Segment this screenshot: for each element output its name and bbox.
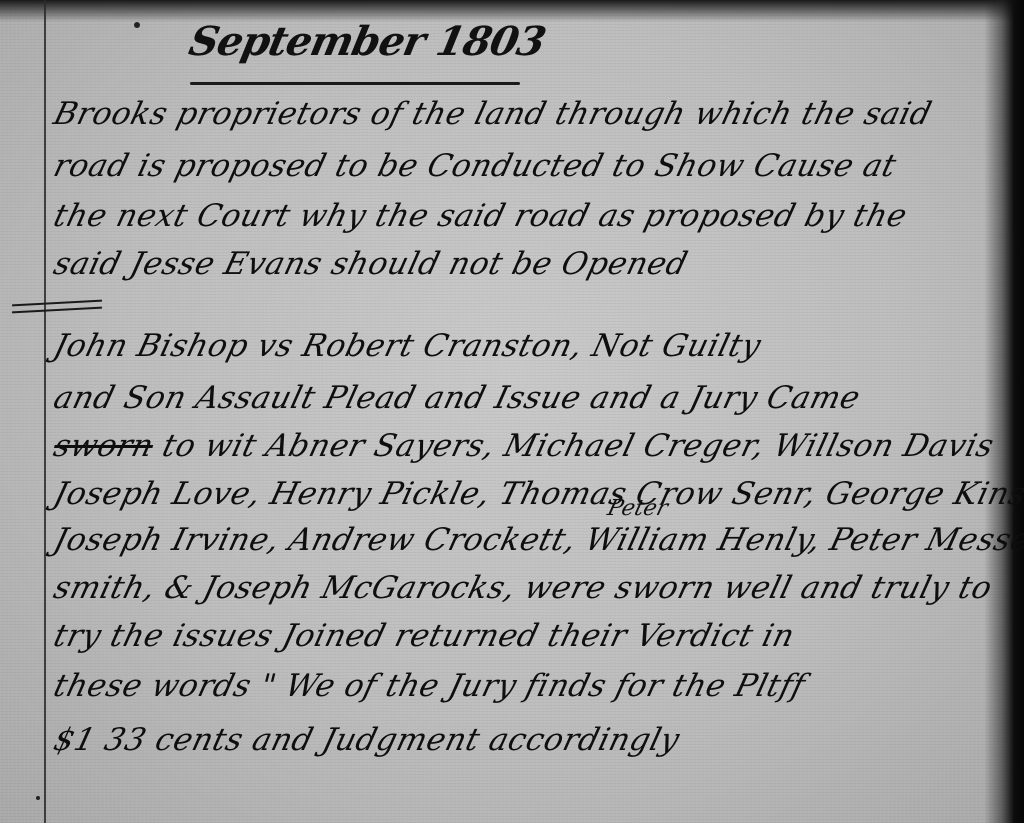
- page-binding-shadow: [984, 0, 1024, 823]
- entry-case-line-2: and Son Assault Plead and Issue and a Ju…: [50, 380, 864, 416]
- entry-case-line-1: John Bishop vs Robert Cranston, Not Guil…: [50, 328, 765, 364]
- document-page: September 1803 Brooks proprietors of the…: [0, 0, 1024, 823]
- entry-road-line-4: said Jesse Evans should not be Opened: [50, 246, 691, 282]
- ink-speck: [36, 796, 40, 800]
- entry-road-line-1: Brooks proprietors of the land through w…: [50, 96, 935, 132]
- entry-case-line-7: try the issues Joined returned their Ver…: [50, 618, 798, 654]
- ink-speck: [134, 22, 140, 28]
- struck-word: sworn: [50, 428, 157, 464]
- interlinear-insertion: Peter: [605, 496, 670, 521]
- entry-road-line-3: the next Court why the said road as prop…: [50, 198, 911, 234]
- entry-case-line-3: sworn to wit Abner Sayers, Michael Crege…: [50, 428, 998, 464]
- page-heading-date: September 1803: [185, 18, 549, 65]
- entry-case-line-8: these words " We of the Jury finds for t…: [50, 668, 809, 704]
- entry-case-line-6: smith, & Joseph McGarocks, were sworn we…: [50, 570, 996, 606]
- entry-road-line-2: road is proposed to be Conducted to Show…: [50, 148, 900, 184]
- heading-underline: [190, 82, 520, 85]
- entry-case-line-9: $1 33 cents and Judgment accordingly: [50, 722, 683, 758]
- entry-case-line-3-text: to wit Abner Sayers, Michael Creger, Wil…: [159, 428, 998, 464]
- left-margin-rule: [44, 0, 46, 823]
- entry-case-line-4: Joseph Love, Henry Pickle, Thomas Crow S…: [50, 476, 1024, 512]
- entry-case-line-5: Joseph Irvine, Andrew Crockett, William …: [50, 522, 1024, 558]
- entry-separator-rule-2: [12, 307, 102, 314]
- entry-separator-rule-1: [12, 300, 102, 307]
